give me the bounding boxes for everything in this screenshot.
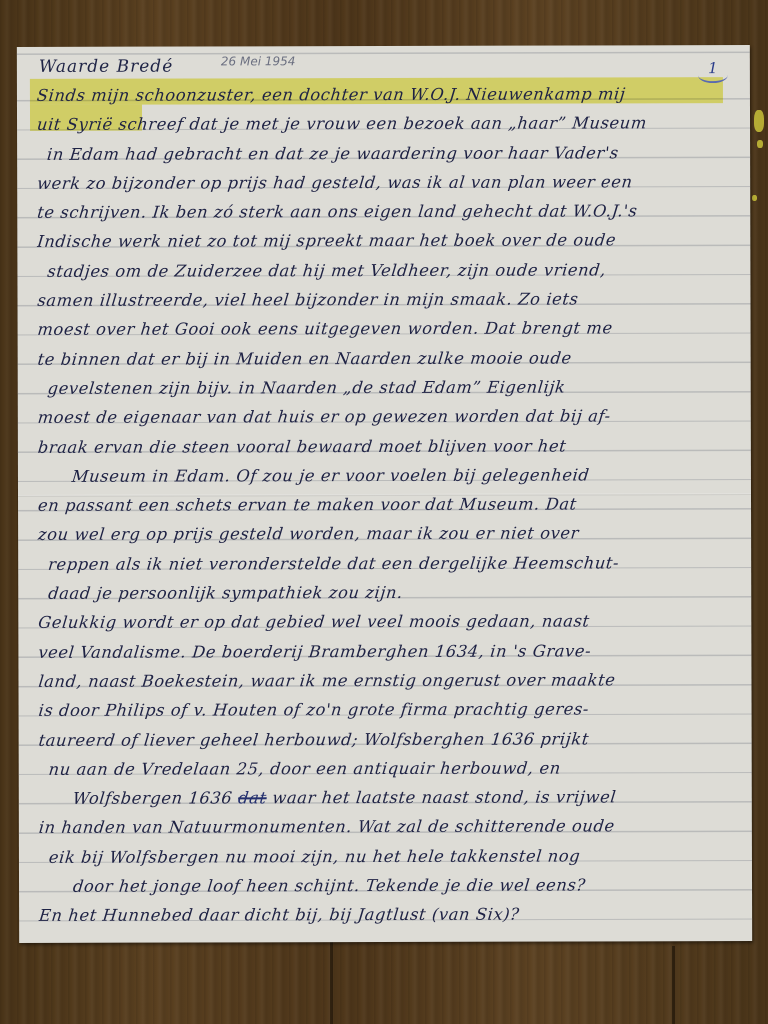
letter-line: uit Syrië schreef dat je met je vrouw ee… (36, 108, 738, 139)
letter-line-text: in Edam had gebracht en dat ze je waarde… (46, 143, 620, 164)
paint-fleck (757, 140, 763, 148)
letter-line: in handen van Natuurmonumenten. Wat zal … (37, 811, 739, 842)
letter-line-text: en passant een schets ervan te maken voo… (37, 495, 578, 515)
letter-line: werk zo bijzonder op prijs had gesteld, … (36, 167, 738, 198)
letter-sheet: Waarde Bredé 26 Mei 1954 1 Sinds mijn sc… (17, 45, 752, 943)
letter-line: in Edam had gebracht en dat ze je waarde… (36, 138, 738, 169)
letter-line-text: Museum in Edam. Of zou je er voor voelen… (71, 465, 590, 485)
letter-line: braak ervan die steen vooral bewaard moe… (36, 431, 738, 462)
letter-line: door het jonge loof heen schijnt. Tekend… (38, 870, 740, 901)
letter-line-text: reppen als ik niet veronderstelde dat ee… (47, 553, 620, 574)
letter-line-text: stadjes om de Zuiderzee dat hij met Veld… (46, 260, 607, 280)
letter-line: te schrijven. Ik ben zó sterk aan ons ei… (36, 196, 738, 227)
letter-line-text: En het Hunnebed daar dicht bij, bij Jagt… (38, 905, 520, 925)
letter-line-text: Indische werk niet zo tot mij spreekt ma… (36, 231, 617, 252)
letter-line: zou wel erg op prijs gesteld worden, maa… (37, 519, 739, 550)
letter-body: Sinds mijn schoonzuster, een dochter van… (37, 79, 738, 930)
letter-line-text: gevelstenen zijn bijv. in Naarden „de st… (47, 377, 567, 397)
paint-fleck (752, 195, 757, 201)
letter-line-text: te schrijven. Ik ben zó sterk aan ons ei… (36, 202, 638, 223)
letter-line: te binnen dat er bij in Muiden en Naarde… (36, 343, 738, 374)
letter-date: 26 Mei 1954 (221, 54, 296, 68)
letter-line-text: werk zo bijzonder op prijs had gesteld, … (36, 172, 633, 193)
page-number: 1 (696, 59, 730, 79)
letter-line: Sinds mijn schoonzuster, een dochter van… (35, 79, 737, 110)
letter-line: reppen als ik niet veronderstelde dat ee… (37, 548, 739, 579)
letter-line: eik bij Wolfsbergen nu mooi zijn, nu het… (37, 841, 739, 872)
letter-line-text: moest over het Gooi ook eens uitgegeven … (37, 319, 614, 340)
struck-word: dat (237, 788, 267, 807)
letter-line-text: zou wel erg op prijs gesteld worden, maa… (37, 524, 580, 544)
letter-line: Indische werk niet zo tot mij spreekt ma… (36, 226, 738, 257)
paint-fleck (754, 110, 764, 132)
letter-line: moest over het Gooi ook eens uitgegeven … (36, 313, 738, 344)
letter-line-text: moest de eigenaar van dat huis er op gew… (37, 407, 612, 428)
letter-line-text: Wolfsbergen 1636 (72, 789, 234, 808)
letter-line: en passant een schets ervan te maken voo… (37, 489, 739, 520)
letter-line: gevelstenen zijn bijv. in Naarden „de st… (36, 372, 738, 403)
letter-line-text: door het jonge loof heen schijnt. Tekend… (72, 875, 587, 895)
letter-line: Wolfsbergen 1636 dat waar het laatste na… (37, 782, 739, 813)
letter-line-text: samen illustreerde, viel heel bijzonder … (37, 290, 580, 310)
letter-line-text: Sinds mijn schoonzuster, een dochter van… (36, 84, 627, 105)
letter-line-text: Gelukkig wordt er op dat gebied wel veel… (37, 612, 590, 632)
letter-line-text: te binnen dat er bij in Muiden en Naarde… (37, 348, 573, 368)
letter-line-text: waar het laatste naast stond, is vrijwel (272, 788, 618, 808)
letter-line-text: land, naast Boekestein, waar ik me ernst… (38, 670, 617, 691)
salutation: Waarde Bredé (39, 57, 173, 77)
letter-line: Gelukkig wordt er op dat gebied wel veel… (37, 606, 739, 637)
letter-line-text: uit Syrië schreef dat je met je vrouw ee… (36, 114, 648, 135)
letter-line: is door Philips of v. Houten of zo'n gro… (37, 694, 739, 725)
letter-line-text: eik bij Wolfsbergen nu mooi zijn, nu het… (48, 846, 581, 866)
letter-line: land, naast Boekestein, waar ik me ernst… (37, 665, 739, 696)
letter-line: stadjes om de Zuiderzee dat hij met Veld… (36, 255, 738, 286)
letter-line: moest de eigenaar van dat huis er op gew… (36, 401, 738, 432)
letter-line: samen illustreerde, viel heel bijzonder … (36, 284, 738, 315)
wood-board-seam (672, 946, 675, 1024)
letter-line-text: is door Philips of v. Houten of zo'n gro… (38, 700, 590, 720)
letter-line: En het Hunnebed daar dicht bij, bij Jagt… (38, 899, 740, 930)
letter-line-text: taureerd of liever geheel herbouwd; Wolf… (38, 729, 590, 749)
letter-line: taureerd of liever geheel herbouwd; Wolf… (37, 724, 739, 755)
letter-line: veel Vandalisme. De boerderij Bramberghe… (37, 636, 739, 667)
letter-line-text: daad je persoonlijk sympathiek zou zijn. (47, 583, 404, 603)
letter-line-text: veel Vandalisme. De boerderij Bramberghe… (37, 641, 592, 661)
letter-line-text: in handen van Natuurmonumenten. Wat zal … (38, 817, 616, 838)
letter-line: Museum in Edam. Of zou je er voor voelen… (36, 460, 738, 491)
letter-line-text: braak ervan die steen vooral bewaard moe… (37, 436, 568, 456)
letter-line: nu aan de Vredelaan 25, door een antiqua… (37, 753, 739, 784)
letter-line-text: nu aan de Vredelaan 25, door een antiqua… (48, 758, 562, 778)
wood-board-seam (330, 940, 333, 1024)
letter-line: daad je persoonlijk sympathiek zou zijn. (37, 577, 739, 608)
